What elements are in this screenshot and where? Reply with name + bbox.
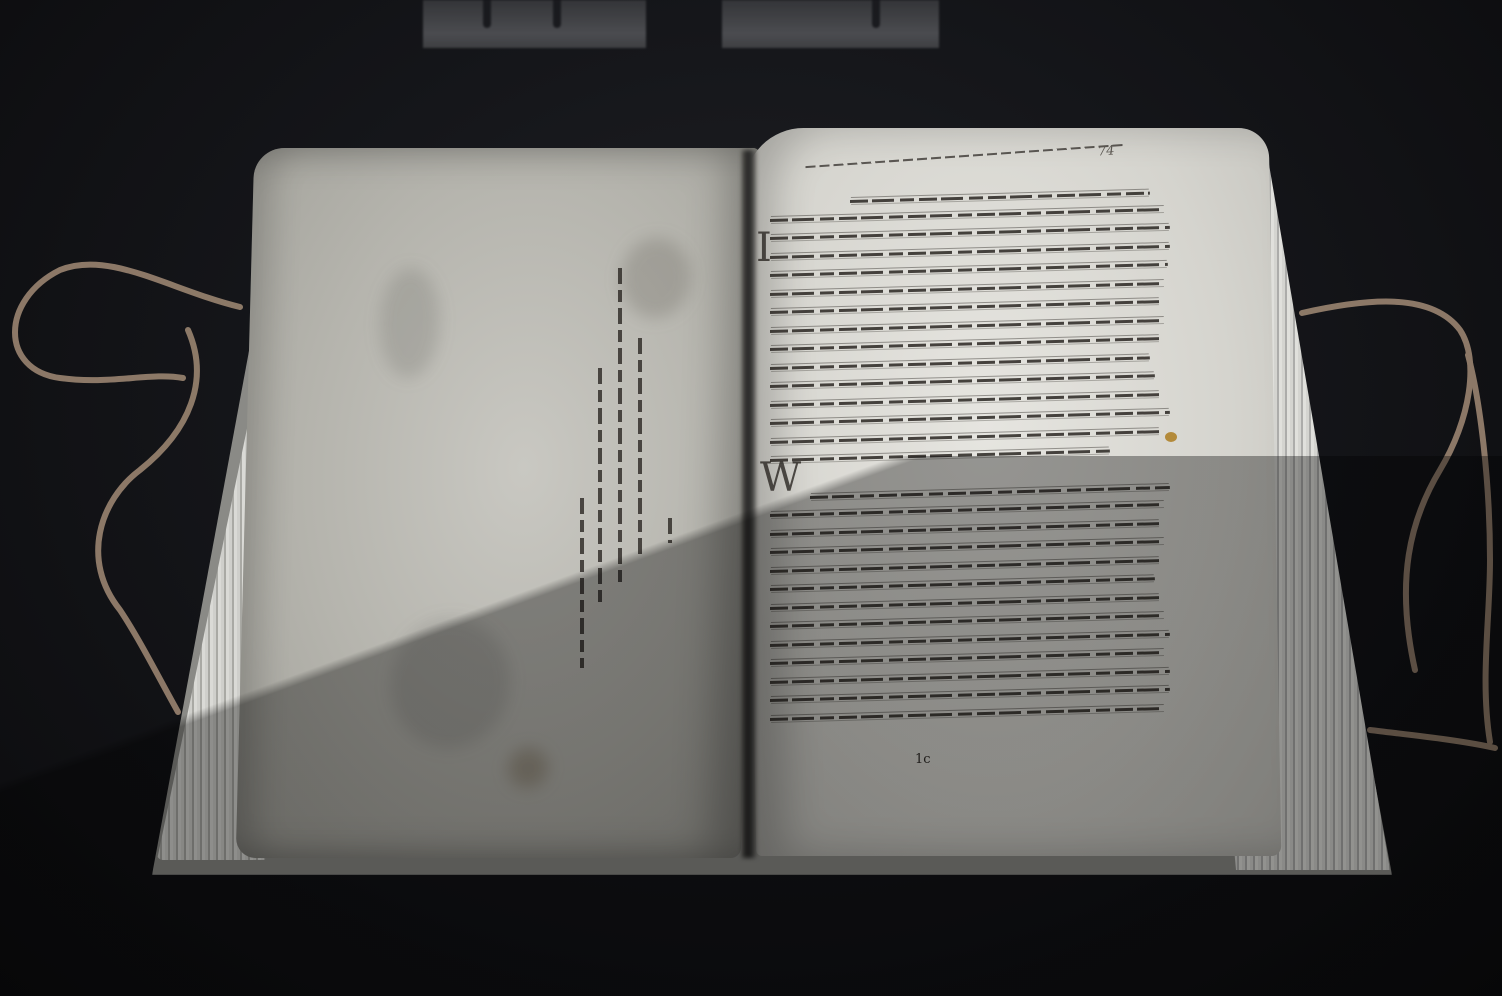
photo-scene: 74 I W 1c xyxy=(0,0,1502,996)
wax-stain xyxy=(1165,432,1177,442)
case-shadow xyxy=(0,456,1502,996)
folio-number: 74 xyxy=(1097,143,1115,159)
